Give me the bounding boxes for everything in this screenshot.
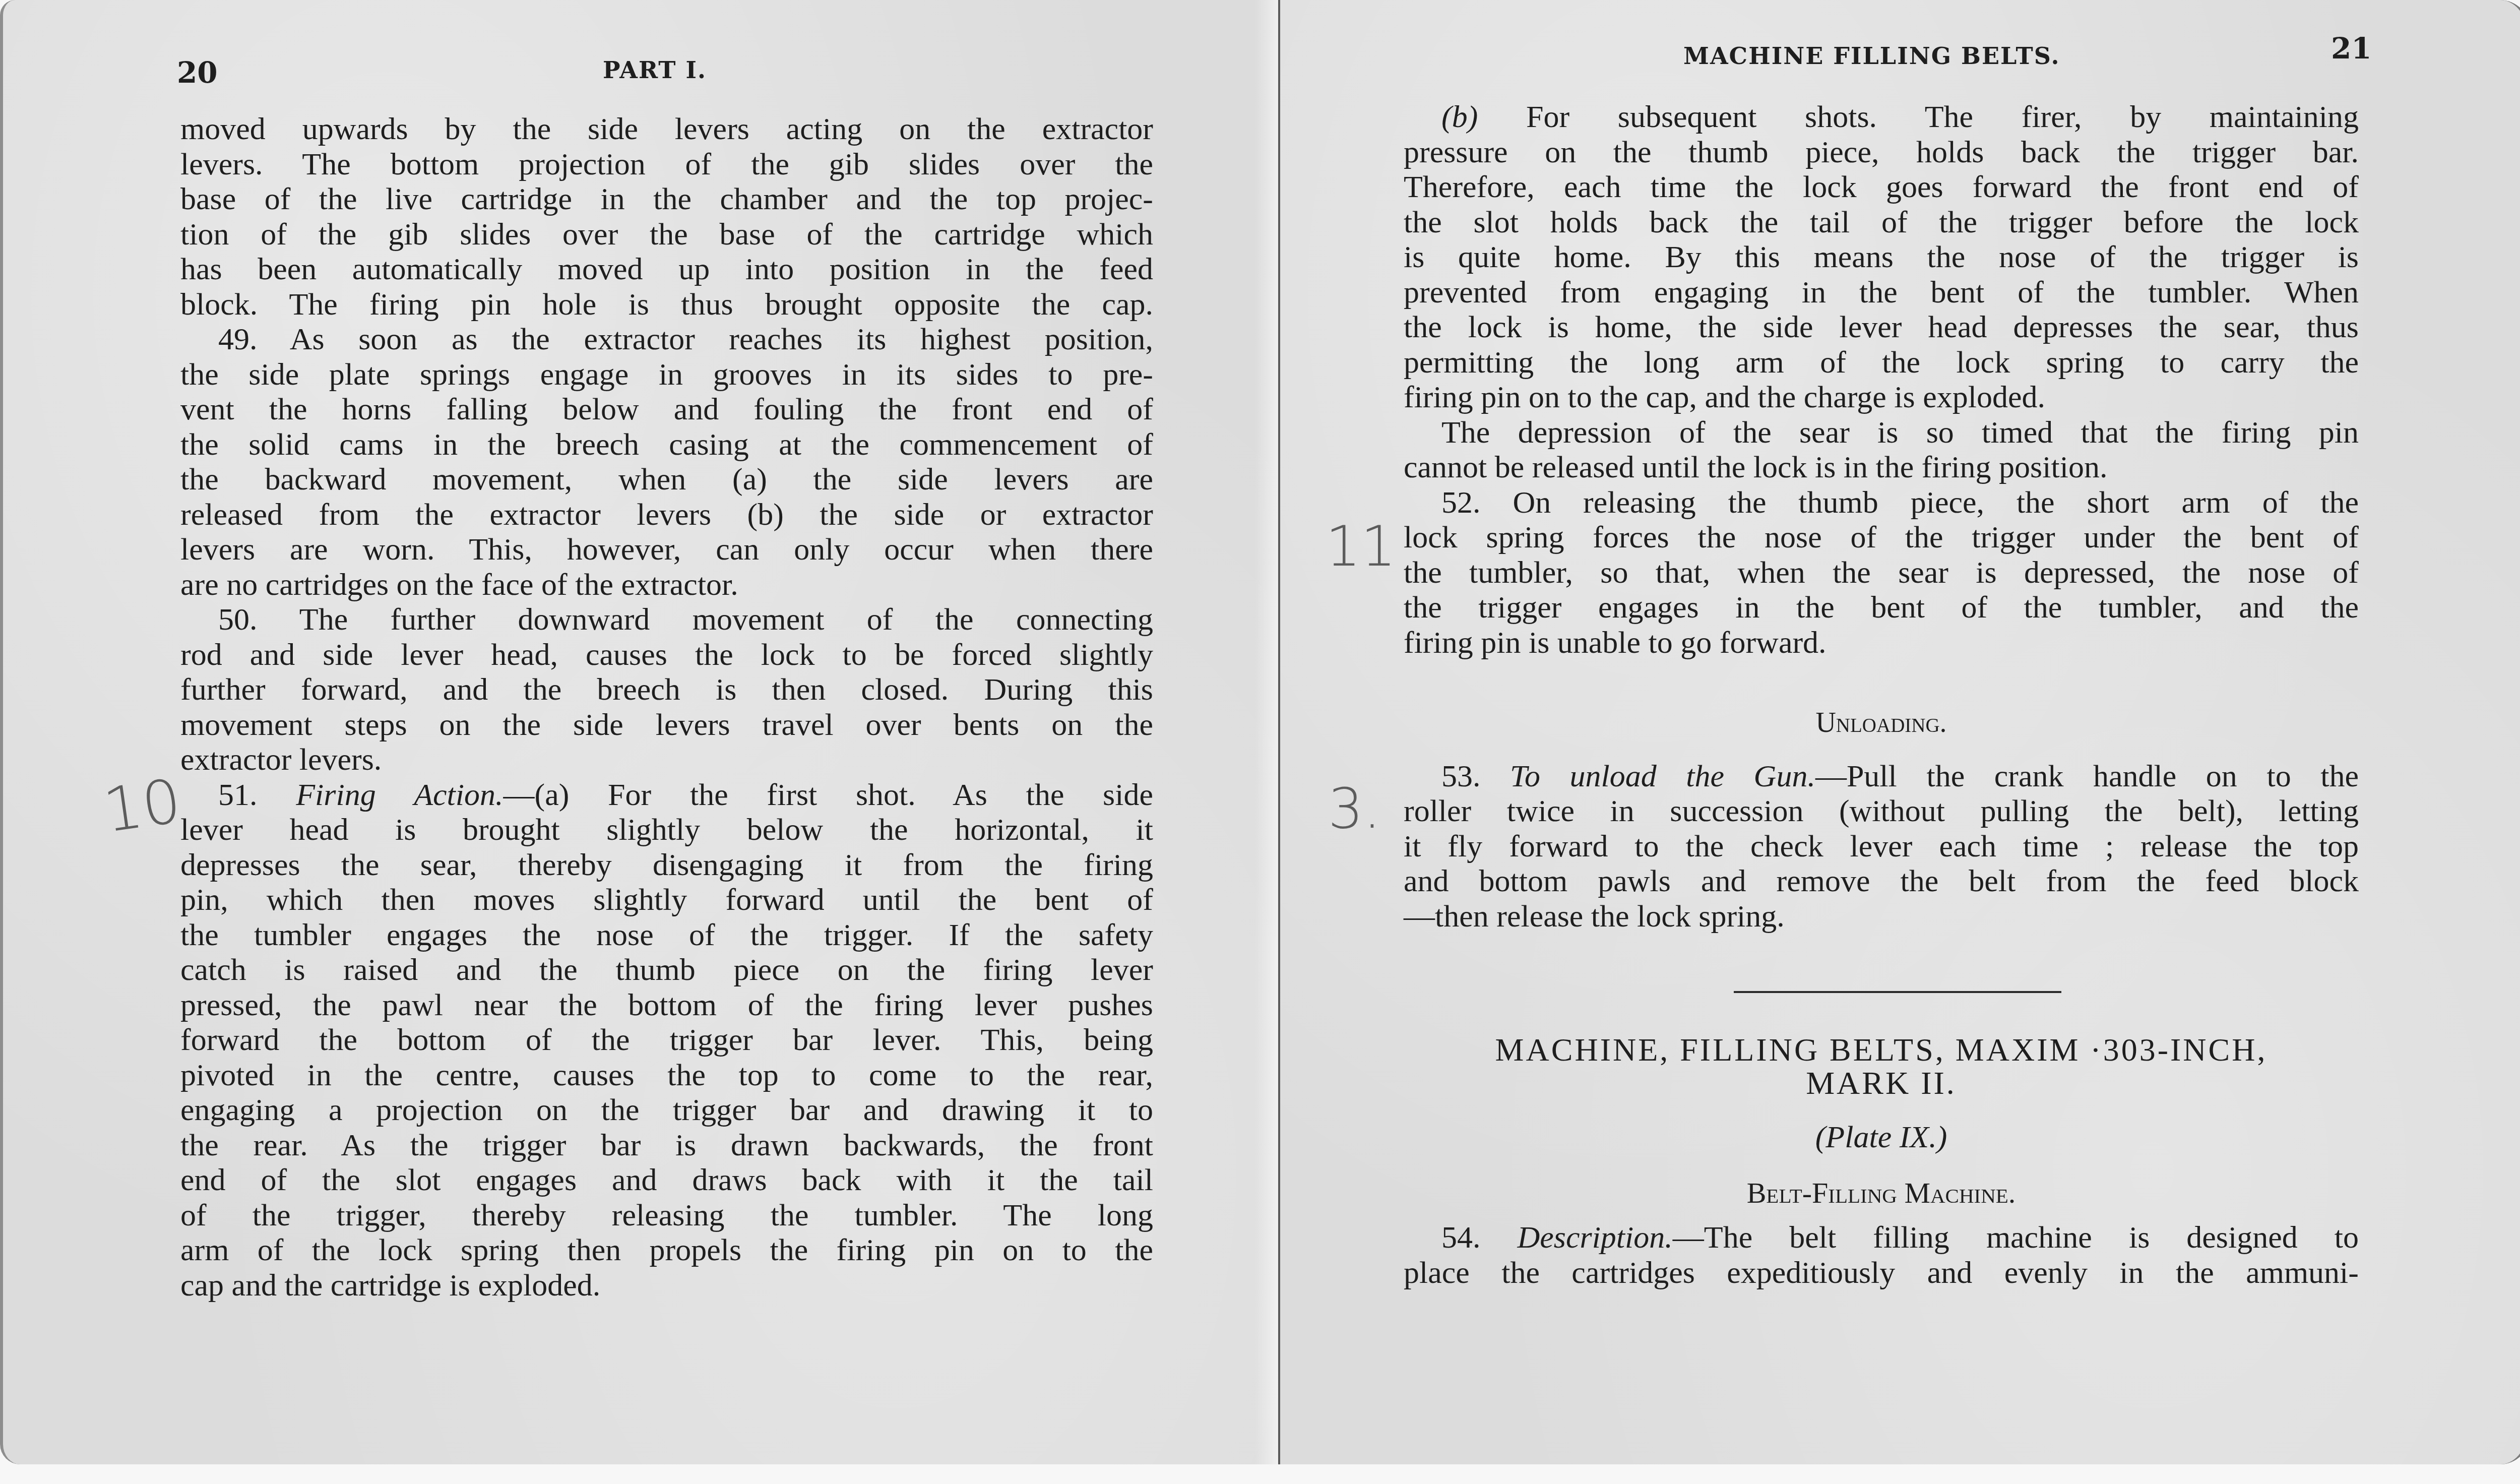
text-line: prevented from engaging in the bent of t…	[1404, 275, 2359, 311]
paragraph-51-start: 51. Firing Action.—(a) For the first sho…	[180, 778, 1153, 813]
text-line: the tumbler engages the nose of the trig…	[180, 918, 1153, 953]
text-line: depresses the sear, thereby disengaging …	[180, 848, 1153, 883]
para-title: Description.	[1518, 1220, 1673, 1255]
left-page-body: moved upwards by the side levers acting …	[180, 112, 1153, 1303]
text-line: pressed, the pawl near the bottom of the…	[180, 988, 1153, 1023]
page-number-left: 20	[177, 55, 218, 90]
text-line: The depression of the sear is so timed t…	[1404, 415, 2359, 451]
paragraph-54-start: 54. Description.—The belt filling machin…	[1404, 1220, 2359, 1256]
paragraph-49-start: 49. As soon as the extractor reaches its…	[180, 322, 1153, 357]
text-line: movement steps on the side levers travel…	[180, 708, 1153, 743]
text-line: the tumbler, so that, when the sear is d…	[1404, 555, 2359, 591]
text-line: the solid cams in the breech casing at t…	[180, 427, 1153, 463]
right-page: MACHINE FILLING BELTS. 21 11 3. (b) For …	[1280, 0, 2520, 1464]
belt-filling-section: MACHINE, FILLING BELTS, MAXIM ·303-INCH,…	[1404, 1033, 2359, 1290]
handwritten-margin-note: 10	[99, 766, 185, 846]
gutter-shadow	[1255, 0, 1278, 1464]
text-line: the lock is home, the side lever head de…	[1404, 310, 2359, 345]
text-line: For subsequent shots. The firer, by main…	[1526, 100, 2359, 134]
text-line: levers. The bottom projection of the gib…	[180, 147, 1153, 182]
text-line: further forward, and the breech is then …	[180, 672, 1153, 708]
text-line: place the cartridges expeditiously and e…	[1404, 1256, 2359, 1291]
text-line: levers are worn. This, however, can only…	[180, 532, 1153, 568]
text-line: of the trigger, thereby releasing the tu…	[180, 1198, 1153, 1233]
running-head-right: MACHINE FILLING BELTS.	[1683, 42, 2060, 70]
text-line: is quite home. By this means the nose of…	[1404, 240, 2359, 275]
text-line: forward the bottom of the trigger bar le…	[180, 1023, 1153, 1058]
text-line: pin, which then moves slightly forward u…	[180, 883, 1153, 918]
text-line: the backward movement, when (a) the side…	[180, 462, 1153, 498]
text-line: tion of the gib slides over the base of …	[180, 217, 1153, 253]
text-line: and bottom pawls and remove the belt fro…	[1404, 864, 2359, 899]
text-line: roller twice in succession (without pull…	[1404, 794, 2359, 829]
text-line: lock spring forces the nose of the trigg…	[1404, 520, 2359, 555]
para-text: For the first shot. As the side	[608, 778, 1153, 812]
plate-reference: (Plate IX.)	[1404, 1120, 2359, 1155]
unloading-section: Unloading. 53. To unload the Gun.—Pull t…	[1404, 706, 2359, 934]
text-line: firing pin on to the cap, and the charge…	[1404, 380, 2359, 415]
text-line: lever head is brought slightly below the…	[180, 813, 1153, 848]
handwritten-margin-note: 11	[1326, 514, 1396, 579]
paragraph-53-start: 53. To unload the Gun.—Pull the crank ha…	[1404, 759, 2359, 794]
paragraph-b-start: (b) For subsequent shots. The firer, by …	[1404, 100, 2359, 135]
text-line: the rear. As the trigger bar is drawn ba…	[180, 1128, 1153, 1163]
para-number: 53.	[1441, 759, 1481, 793]
section-divider-rule	[1734, 991, 2061, 993]
para-number: 54.	[1441, 1220, 1481, 1255]
text-line: released from the extractor levers (b) t…	[180, 498, 1153, 533]
para-label: (b)	[1441, 100, 1478, 134]
text-line: cannot be released until the lock is in …	[1404, 450, 2359, 485]
text-line: —then release the lock spring.	[1404, 899, 2359, 935]
subheading-belt-filling-machine: Belt-Filling Machine.	[1404, 1176, 2359, 1211]
text-line: has been automatically moved up into pos…	[180, 252, 1153, 287]
text-line: the slot holds back the tail of the trig…	[1404, 205, 2359, 240]
left-page: 20 PART I. 10 moved upwards by the side …	[0, 0, 1280, 1464]
para-text: —The belt filling machine is designed to	[1673, 1220, 2359, 1255]
text-line: the trigger engages in the bent of the t…	[1404, 590, 2359, 626]
text-line: firing pin is unable to go forward.	[1404, 626, 2359, 661]
para-text: —Pull the crank handle on to the	[1815, 759, 2359, 793]
text-line: base of the live cartridge in the chambe…	[180, 182, 1153, 217]
text-line: are no cartridges on the face of the ext…	[180, 568, 1153, 603]
section-heading-unloading: Unloading.	[1404, 706, 2359, 741]
text-line: vent the horns falling below and fouling…	[180, 392, 1153, 427]
text-line: block. The firing pin hole is thus broug…	[180, 287, 1153, 323]
text-line: extractor levers.	[180, 743, 1153, 778]
text-line: pressure on the thumb piece, holds back …	[1404, 135, 2359, 170]
text-line: rod and side lever head, causes the lock…	[180, 638, 1153, 673]
section-title-line2: MARK II.	[1404, 1067, 2359, 1100]
text-line: the side plate springs engage in grooves…	[180, 357, 1153, 393]
text-line: moved upwards by the side levers acting …	[180, 112, 1153, 147]
handwritten-margin-note: 3.	[1328, 776, 1381, 841]
para-title: Firing Action.	[296, 778, 503, 812]
paragraph-52-start: 52. On releasing the thumb piece, the sh…	[1404, 485, 2359, 521]
text-line: pivoted in the centre, causes the top to…	[180, 1058, 1153, 1093]
page-number-right: 21	[2331, 31, 2372, 66]
paragraph-50-start: 50. The further downward movement of the…	[180, 602, 1153, 638]
text-line: Therefore, each time the lock goes forwa…	[1404, 170, 2359, 205]
text-line: catch is raised and the thumb piece on t…	[180, 953, 1153, 988]
para-dash: —(a)	[503, 778, 570, 812]
right-page-body: (b) For subsequent shots. The firer, by …	[1404, 100, 2359, 660]
running-head-left: PART I.	[603, 56, 707, 84]
text-line: cap and the cartridge is exploded.	[180, 1268, 1153, 1304]
para-number: 51.	[218, 778, 258, 812]
text-line: permitting the long arm of the lock spri…	[1404, 345, 2359, 381]
para-title: To unload the Gun.	[1510, 759, 1815, 793]
text-line: engaging a projection on the trigger bar…	[180, 1093, 1153, 1128]
text-line: it fly forward to the check lever each t…	[1404, 829, 2359, 864]
text-line: arm of the lock spring then propels the …	[180, 1233, 1153, 1268]
section-title-line1: MACHINE, FILLING BELTS, MAXIM ·303-INCH,	[1404, 1033, 2359, 1067]
text-line: end of the slot engages and draws back w…	[180, 1163, 1153, 1198]
